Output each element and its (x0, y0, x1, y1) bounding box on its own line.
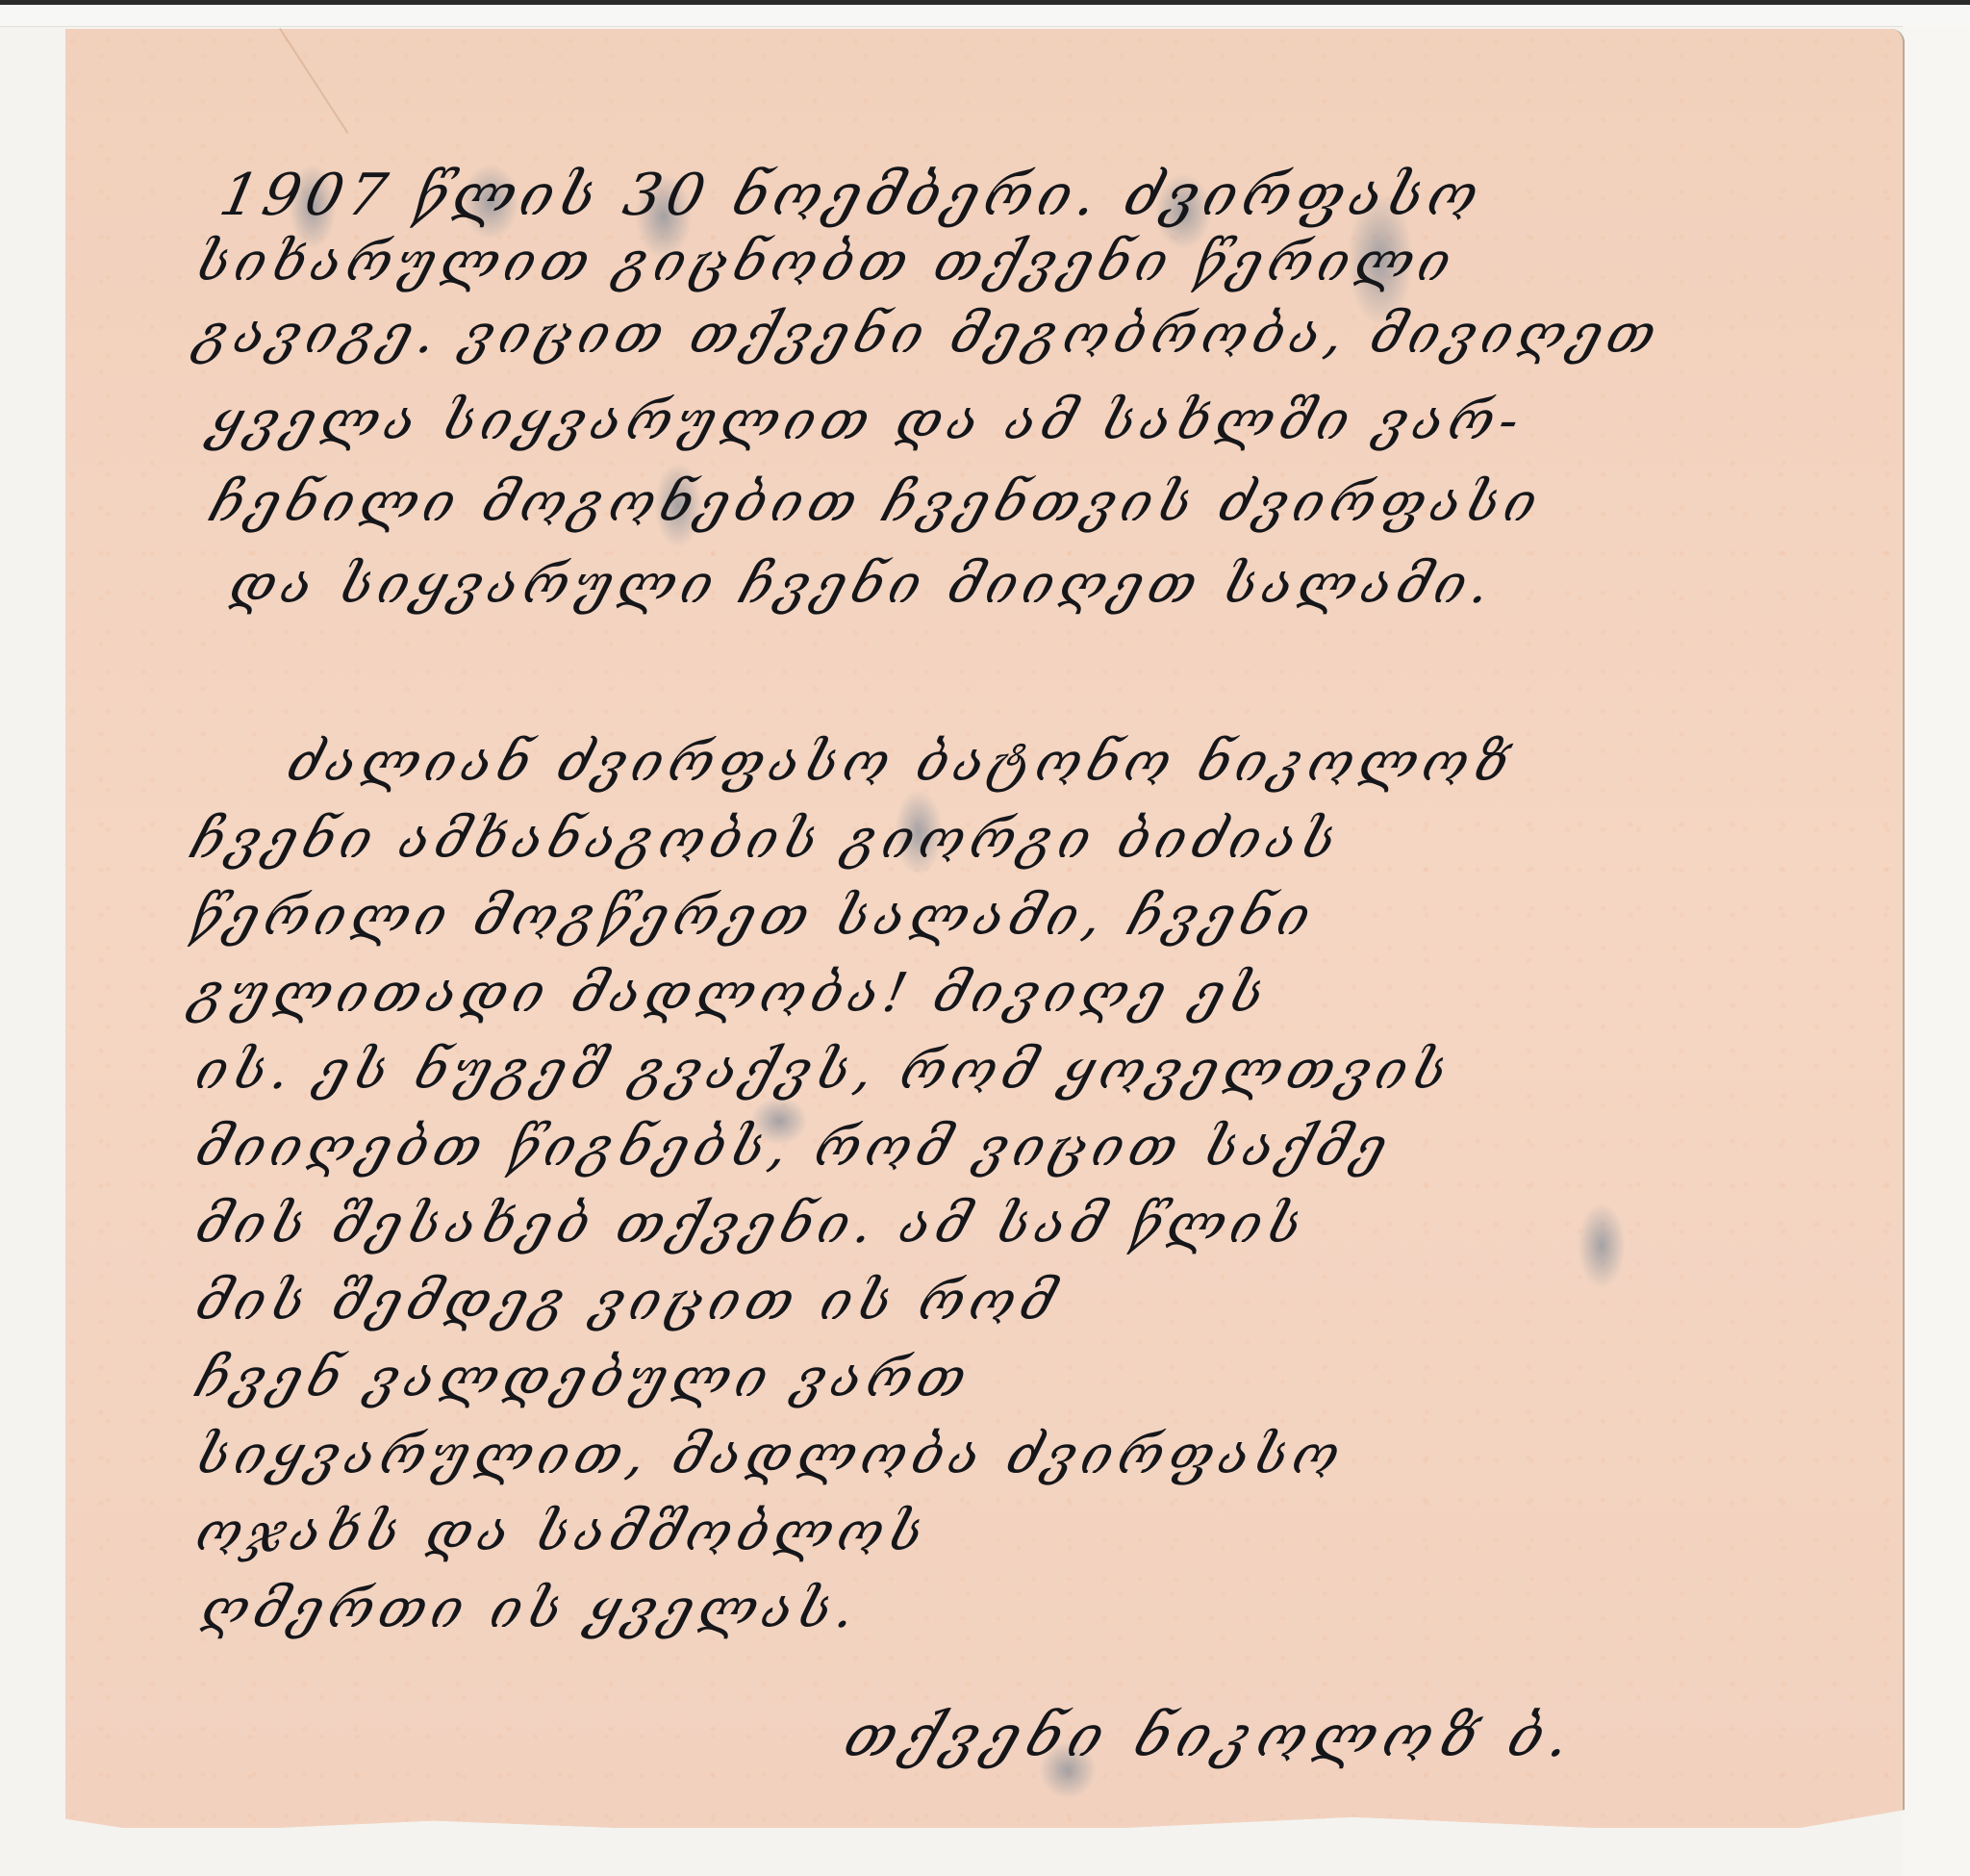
signature: თქვენი ნიკოლოზ ბ. (838, 1703, 1586, 1770)
letter-line: მიიღებთ წიგნებს, რომ ვიცით საქმე (190, 1116, 1398, 1179)
letter-line: ჩვენი ამხანაგობის გიორგი ბიძიას (186, 808, 1347, 871)
letter-line: მის შემდეგ ვიცით ის რომ (190, 1270, 1065, 1332)
mount-right-margin (1903, 26, 1970, 1876)
letter-line: ძალიან ძვირფასო ბატონო ნიკოლოზ (282, 731, 1520, 794)
letter-line: ოჯახს და სამშობლოს (190, 1501, 934, 1563)
letter-line: ყველა სიყვარულით და ამ სახლში ვარ- (205, 390, 1530, 452)
letter-line: ის. ეს ნუგეშ გვაქვს, რომ ყოველთვის (190, 1039, 1458, 1102)
letter-line: ღმერთი ის ყველას. (195, 1578, 867, 1640)
letter-line: ჩვენ ვალდებული ვართ (190, 1347, 977, 1409)
ink-smudge (1578, 1203, 1626, 1289)
letter-line: გულითადი მადლობა! მივიღე ეს (186, 962, 1275, 1025)
letter-date-line: 1907 წლის 30 ნოემბერი. ძვირფასო (215, 162, 1490, 229)
letter-line: გავიგე. ვიცით თქვენი მეგობრობა, მივიღეთ (190, 303, 1667, 366)
letter-line: მის შესახებ თქვენი. ამ სამ წლის (190, 1193, 1313, 1255)
letter-line: სიხარულით გიცნობთ თქვენი წერილი (190, 231, 1462, 293)
letter-line: სიყვარულით, მადლობა ძვირფასო (190, 1424, 1351, 1486)
mount-top-edge (0, 5, 1970, 27)
letter-line: ჩენილი მოგონებით ჩვენთვის ძვირფასი (205, 471, 1548, 534)
letter-line: წერილი მოგწერეთ სალამი, ჩვენი (186, 885, 1322, 948)
letter-line: და სიყვარული ჩვენი მიიღეთ სალამი. (224, 553, 1502, 616)
